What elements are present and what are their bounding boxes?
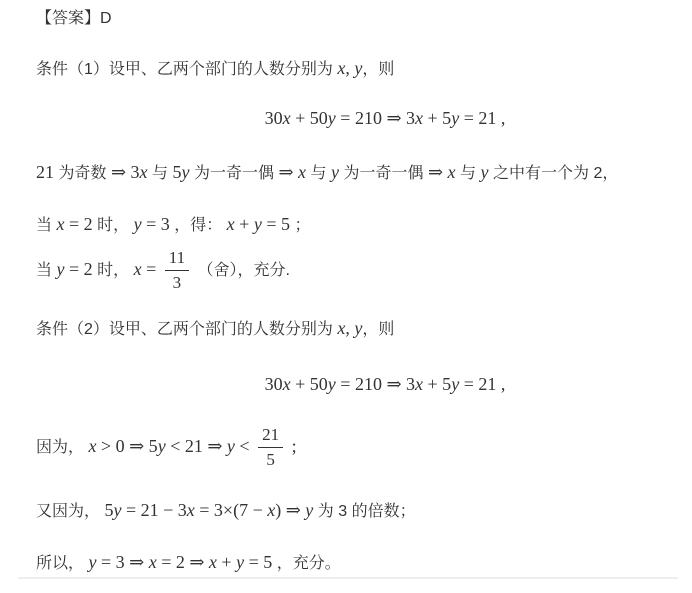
math-run: 5y = 21 − 3x = 3×(7 − x) ⇒ y [104, 500, 317, 520]
inequality-deduction: 因为， x > 0 ⇒ 5y < 21 ⇒ y < 215 ; [36, 424, 664, 471]
text-run: ，得： [174, 217, 226, 234]
solution-lines: 【答案】D条件（1）设甲、乙两个部门的人数分别为 x, y，则30x + 50y… [36, 8, 664, 575]
math-run: ; [287, 436, 297, 456]
case-y-equals-2: 当 y = 2 时， x = 113 （舍），充分. [36, 247, 664, 294]
text-run: 为 3 的倍数； [318, 503, 416, 520]
answer-line: 【答案】D [36, 8, 664, 30]
math-run: x + y = 5 [227, 214, 295, 234]
text-run: 时， [97, 217, 133, 234]
equation-2: 30x + 50y = 210 ⇒ 3x + 5y = 21 , [36, 372, 664, 398]
math-run: 21 [36, 162, 59, 182]
text-run: ，则 [362, 61, 394, 78]
solution-document: 【答案】D条件（1）设甲、乙两个部门的人数分别为 x, y，则30x + 50y… [0, 0, 692, 575]
text-run: 因为， [36, 439, 88, 456]
fraction: 113 [165, 247, 189, 294]
math-run: y = 3 [134, 214, 175, 234]
text-run: 条件（1）设甲、乙两个部门的人数分别为 [36, 61, 337, 78]
math-run: y [331, 162, 344, 182]
condition-2-intro: 条件（2）设甲、乙两个部门的人数分别为 x, y，则 [36, 317, 664, 341]
text-run: 之中有一个为 2， [493, 165, 618, 182]
text-run: 又因为， [36, 503, 104, 520]
math-run: ⇒ 3x [111, 162, 152, 182]
math-run: ⇒ x [278, 162, 310, 182]
text-run: 为奇数 [59, 165, 111, 182]
multiple-of-3-deduction: 又因为， 5y = 21 − 3x = 3×(7 − x) ⇒ y 为 3 的倍… [36, 499, 664, 523]
math-run: y [481, 162, 494, 182]
math-run: x = [134, 259, 161, 279]
text-run: 为一奇一偶 [344, 165, 428, 182]
text-run: 条件（2）设甲、乙两个部门的人数分别为 [36, 321, 337, 338]
text-run: 与 [152, 165, 172, 182]
fraction-denominator: 3 [165, 271, 189, 294]
math-run: y = 3 ⇒ x = 2 ⇒ x + y = 5 [88, 552, 276, 572]
fraction: 215 [258, 424, 283, 471]
text-run: 与 [311, 165, 331, 182]
math-run: x = 2 [56, 214, 97, 234]
math-run: 30x + 50y = 210 ⇒ 3x + 5y = 21 , [265, 108, 506, 128]
text-run: 与 [460, 165, 480, 182]
fraction-numerator: 21 [258, 424, 283, 448]
math-run: x > 0 ⇒ 5y < 21 ⇒ y < [88, 436, 254, 456]
text-run: ，充分。 [277, 555, 341, 572]
text-run: 当 [36, 262, 56, 279]
text-run: 时， [97, 262, 133, 279]
bottom-divider [18, 577, 678, 579]
text-run: ； [294, 217, 310, 234]
text-run: 当 [36, 217, 56, 234]
equation-1: 30x + 50y = 210 ⇒ 3x + 5y = 21 , [36, 106, 664, 132]
conclusion: 所以， y = 3 ⇒ x = 2 ⇒ x + y = 5 ，充分。 [36, 551, 664, 575]
condition-1-intro: 条件（1）设甲、乙两个部门的人数分别为 x, y，则 [36, 57, 664, 81]
text-run: 为一奇一偶 [194, 165, 278, 182]
math-run: ⇒ x [428, 162, 460, 182]
math-run: 30x + 50y = 210 ⇒ 3x + 5y = 21 , [265, 374, 506, 394]
parity-deduction: 21 为奇数 ⇒ 3x 与 5y 为一奇一偶 ⇒ x 与 y 为一奇一偶 ⇒ x… [36, 161, 664, 185]
text-run: 【答案】D [36, 10, 112, 27]
fraction-numerator: 11 [165, 247, 189, 271]
math-run: x, y [337, 318, 362, 338]
text-run: （舍），充分. [193, 262, 290, 279]
case-x-equals-2: 当 x = 2 时， y = 3 ，得： x + y = 5 ； [36, 213, 664, 237]
math-run: y = 2 [56, 259, 97, 279]
math-run: 5y [173, 162, 195, 182]
text-run: ，则 [362, 321, 394, 338]
fraction-denominator: 5 [258, 448, 283, 471]
math-run: x, y [337, 58, 362, 78]
text-run: 所以， [36, 555, 88, 572]
